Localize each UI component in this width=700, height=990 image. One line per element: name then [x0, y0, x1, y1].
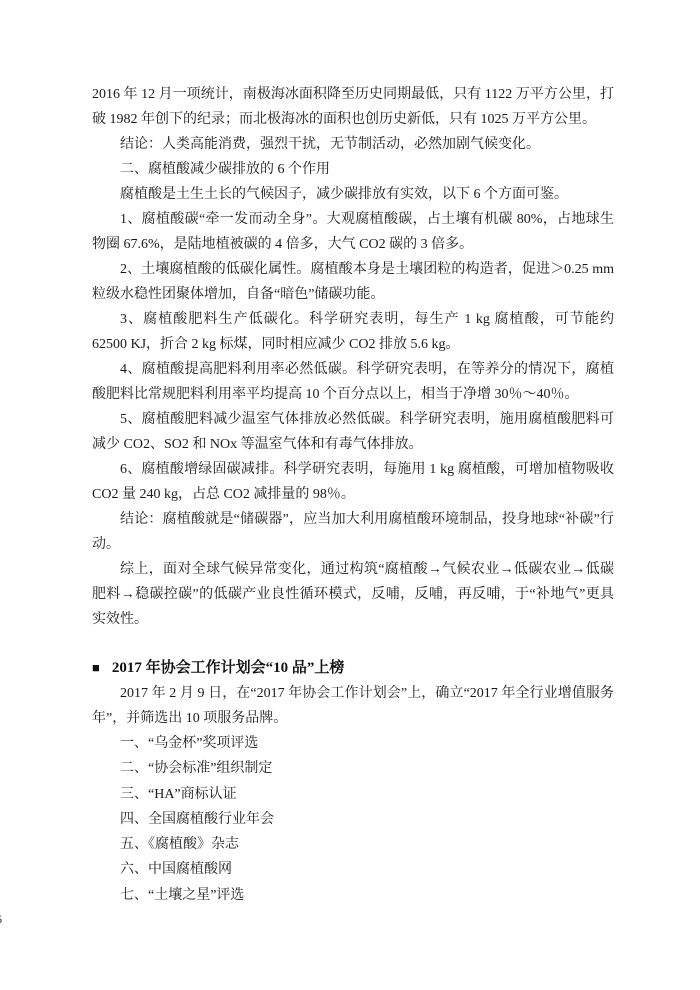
list-item: 六、中国腐植酸网 [92, 857, 614, 882]
list-item: 七、“土壤之星”评选 [92, 883, 614, 908]
section-heading-text: 2017 年协会工作计划会“10 品”上榜 [112, 660, 345, 676]
page-number: 6 [0, 912, 2, 927]
body-paragraph: 1、腐植酸碳“牵一发而动全身”。大观腐植酸碳，占土壤有机碳 80%，占地球生物圈… [92, 207, 614, 257]
body-paragraph-subheading: 二、腐植酸减少碳排放的 6 个作用 [92, 157, 614, 182]
list-item: 三、“HA”商标认证 [92, 782, 614, 807]
body-paragraph: 5、腐植酸肥料减少温室气体排放必然低碳。科学研究表明，施用腐植酸肥料可减少 CO… [92, 407, 614, 457]
body-paragraph: 4、腐植酸提高肥料利用率必然低碳。科学研究表明，在等养分的情况下，腐植酸肥料比常… [92, 357, 614, 407]
body-paragraph: 腐植酸是土生土长的气候因子，减少碳排放有实效，以下 6 个方面可鉴。 [92, 182, 614, 207]
list-item: 二、“协会标准”组织制定 [92, 756, 614, 781]
body-paragraph: 3、腐植酸肥料生产低碳化。科学研究表明，每生产 1 kg 腐植酸，可节能约 62… [92, 307, 614, 357]
section-heading: ■2017 年协会工作计划会“10 品”上榜 [92, 655, 614, 681]
list-item: 四、全国腐植酸行业年会 [92, 807, 614, 832]
section-intro-paragraph: 2017 年 2 月 9 日，在“2017 年协会工作计划会”上，确立“2017… [92, 681, 614, 731]
body-paragraph: 6、腐植酸增绿固碳减排。科学研究表明，每施用 1 kg 腐植酸，可增加植物吸收 … [92, 457, 614, 507]
square-bullet-icon: ■ [92, 655, 100, 680]
list-item: 五、《腐植酸》杂志 [92, 832, 614, 857]
body-paragraph: 结论：腐植酸就是“储碳器”，应当加大利用腐植酸环境制品，投身地球“补碳”行动。 [92, 507, 614, 557]
page-content: 2016 年 12 月一项统计，南极海冰面积降至历史同期最低，只有 1122 万… [92, 82, 614, 908]
body-paragraph: 结论：人类高能消费，强烈干扰，无节制活动，必然加剧气候变化。 [92, 132, 614, 157]
body-paragraph: 综上，面对全球气候异常变化，通过构筑“腐植酸→气候农业→低碳农业→低碳肥料→稳碳… [92, 557, 614, 632]
document-page: 2016 年 12 月一项统计，南极海冰面积降至历史同期最低，只有 1122 万… [0, 0, 700, 990]
list-item: 一、“乌金杯”奖项评选 [92, 731, 614, 756]
body-paragraph: 2、土壤腐植酸的低碳化属性。腐植酸本身是土壤团粒的构造者，促进＞0.25 mm … [92, 257, 614, 307]
body-paragraph: 2016 年 12 月一项统计，南极海冰面积降至历史同期最低，只有 1122 万… [92, 82, 614, 132]
